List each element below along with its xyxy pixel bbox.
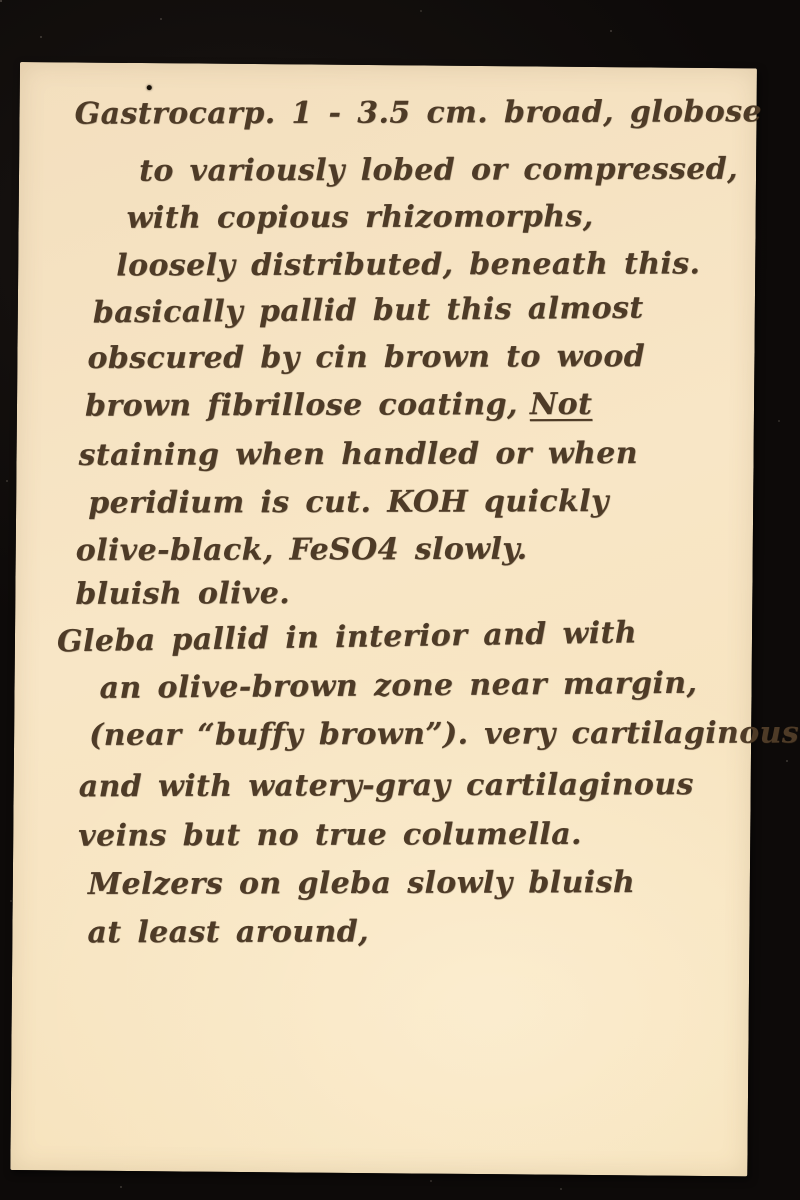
pinhole-dot — [147, 85, 152, 90]
handwritten-line: obscured by cin brown to wood — [87, 342, 645, 374]
handwritten-line: Gleba pallid in interior and with — [57, 618, 637, 657]
handwritten-line: and with watery-gray cartilaginous — [79, 770, 694, 802]
handwritten-line: Gastrocarp. 1 - 3.5 cm. broad, globose — [75, 97, 762, 129]
underlined-word: Not — [530, 387, 593, 422]
handwritten-line: staining when handled or when — [79, 439, 638, 471]
handwritten-line: veins but no true columella. — [78, 820, 582, 852]
handwritten-line: an olive-brown zone near margin, — [99, 669, 697, 704]
note-card: Gastrocarp. 1 - 3.5 cm. broad, globose t… — [10, 62, 757, 1176]
handwritten-line: to variously lobed or compressed, — [139, 155, 738, 187]
handwritten-line: peridium is cut. KOH quickly — [88, 487, 609, 519]
handwritten-line: olive-black, FeSO4 slowly. — [76, 535, 528, 567]
handwritten-line: with copious rhizomorphs, — [127, 202, 594, 234]
handwritten-line: basically pallid but this almost — [93, 294, 644, 329]
photograph-backdrop: Gastrocarp. 1 - 3.5 cm. broad, globose t… — [0, 0, 800, 1200]
handwritten-line: loosely distributed, beneath this. — [116, 249, 700, 281]
handwritten-line: (near “buffy brown”). very cartilaginous — [89, 718, 799, 750]
handwritten-line: bluish olive. — [75, 579, 290, 610]
handwritten-line: brown fibrillose coating,Not — [85, 390, 592, 422]
handwritten-line: at least around, — [87, 917, 369, 948]
handwritten-line: Melzers on gleba slowly bluish — [88, 868, 635, 900]
handwritten-text: brown fibrillose coating, — [85, 387, 518, 424]
